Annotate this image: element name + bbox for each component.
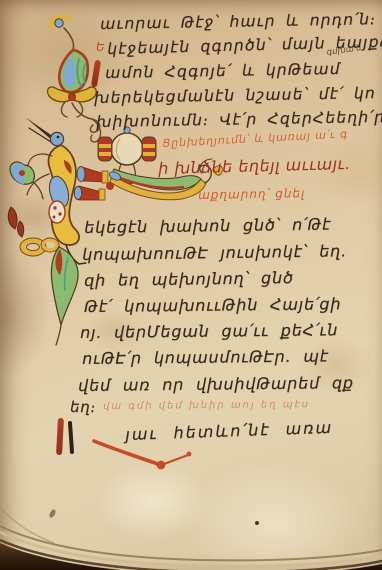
faded-red-note: վա գմի վեմ խնիր աոյ եղ պէս	[103, 399, 310, 412]
penwork-flourish	[86, 434, 201, 480]
manuscript-line: կոպախոուԹԷ յուսխոկէ՝ եղ.	[82, 241, 347, 264]
binding-edge	[0, 500, 382, 570]
manuscript-line: ուԹԷ՛ր կոպասմուԹԷր. պէ	[82, 346, 329, 368]
manuscript-line: զի եղ պեխոյնող՝ ցնծ	[84, 268, 294, 290]
black-paraph-stroke	[68, 421, 74, 454]
red-initial: Ե	[96, 40, 105, 54]
manuscript-line: ոյ. վերՄեցան ցա՛ււ քեՀ՛ւն	[80, 320, 338, 342]
red-paraph-stroke	[56, 418, 64, 455]
manuscript-line: աւորաւ Թէջ՝ հաւր և որդո՛ն։	[100, 10, 377, 33]
manuscript-photo: աւորաւ Թէջ՝ հաւր և որդո՛ն։ Ե կէջեայէն զգ…	[0, 0, 382, 570]
manuscript-line: վեմ առ որ վխսիվԹարեմ զք	[78, 373, 354, 395]
manuscript-line: եղ։	[70, 398, 96, 416]
manuscript-line: եկեցէն խախոն ցնծ՝ ո՛Թէ	[84, 215, 331, 237]
rubric-line: ի խնձնե եղեյլ աււայւ.	[158, 154, 351, 178]
manuscript-line: խերեկեցմանէն նշասե՝ մէ՛ կո	[94, 84, 376, 107]
manuscript-line: Թէ՛ կոպախոււԹին Հայե՛ցի	[84, 294, 341, 316]
manuscript-line: ամոն Հզգոյե՛ և կրԹեամ	[105, 60, 341, 82]
rubric-line: աքղարող՝ ցնել	[198, 186, 305, 202]
